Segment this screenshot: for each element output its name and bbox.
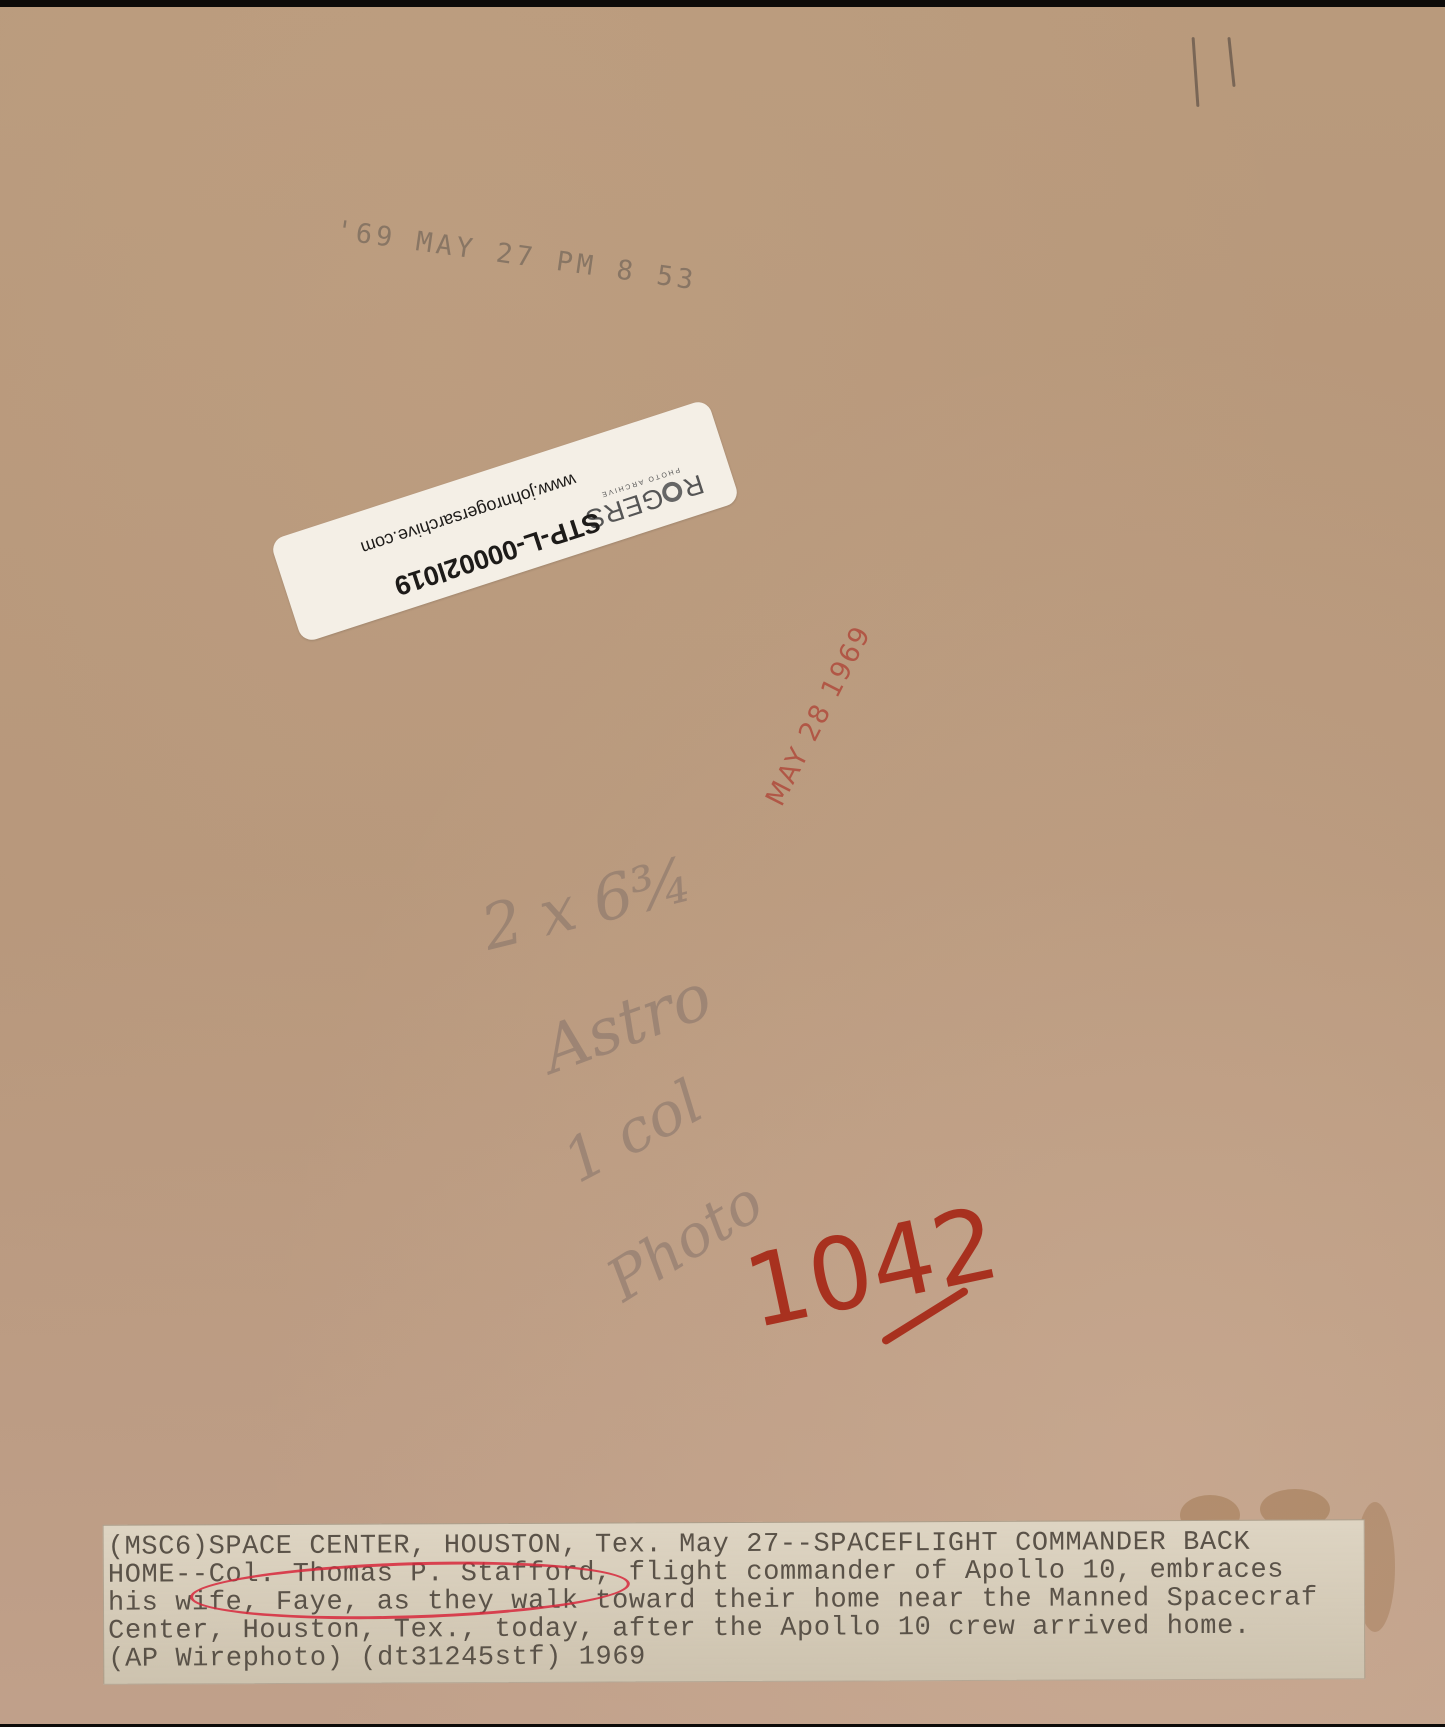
photo-back-paper: '69 MAY 27 PM 8 53 RGERS PHOTO ARCHIVE S… bbox=[0, 7, 1445, 1724]
caption-line: (AP Wirephoto) (dt31245stf) 1969 bbox=[108, 1640, 1364, 1673]
archive-sticker: RGERS PHOTO ARCHIVE STP-L-00002l019 www.… bbox=[270, 399, 741, 644]
transmission-time-stamp: '69 MAY 27 PM 8 53 bbox=[334, 215, 699, 296]
pencil-tick-marks bbox=[1190, 37, 1240, 117]
received-date-stamp: MAY 28 1969 bbox=[760, 620, 878, 811]
pencil-note-size: 2 x 6¾ bbox=[474, 842, 699, 964]
pencil-note-category: Astro bbox=[533, 959, 722, 1088]
caption-strip: (MSC6)SPACE CENTER, HOUSTON, Tex. May 27… bbox=[103, 1519, 1366, 1685]
pencil-note-columns: 1 col bbox=[552, 1067, 714, 1197]
crayon-number: 1042 bbox=[735, 1184, 1008, 1351]
